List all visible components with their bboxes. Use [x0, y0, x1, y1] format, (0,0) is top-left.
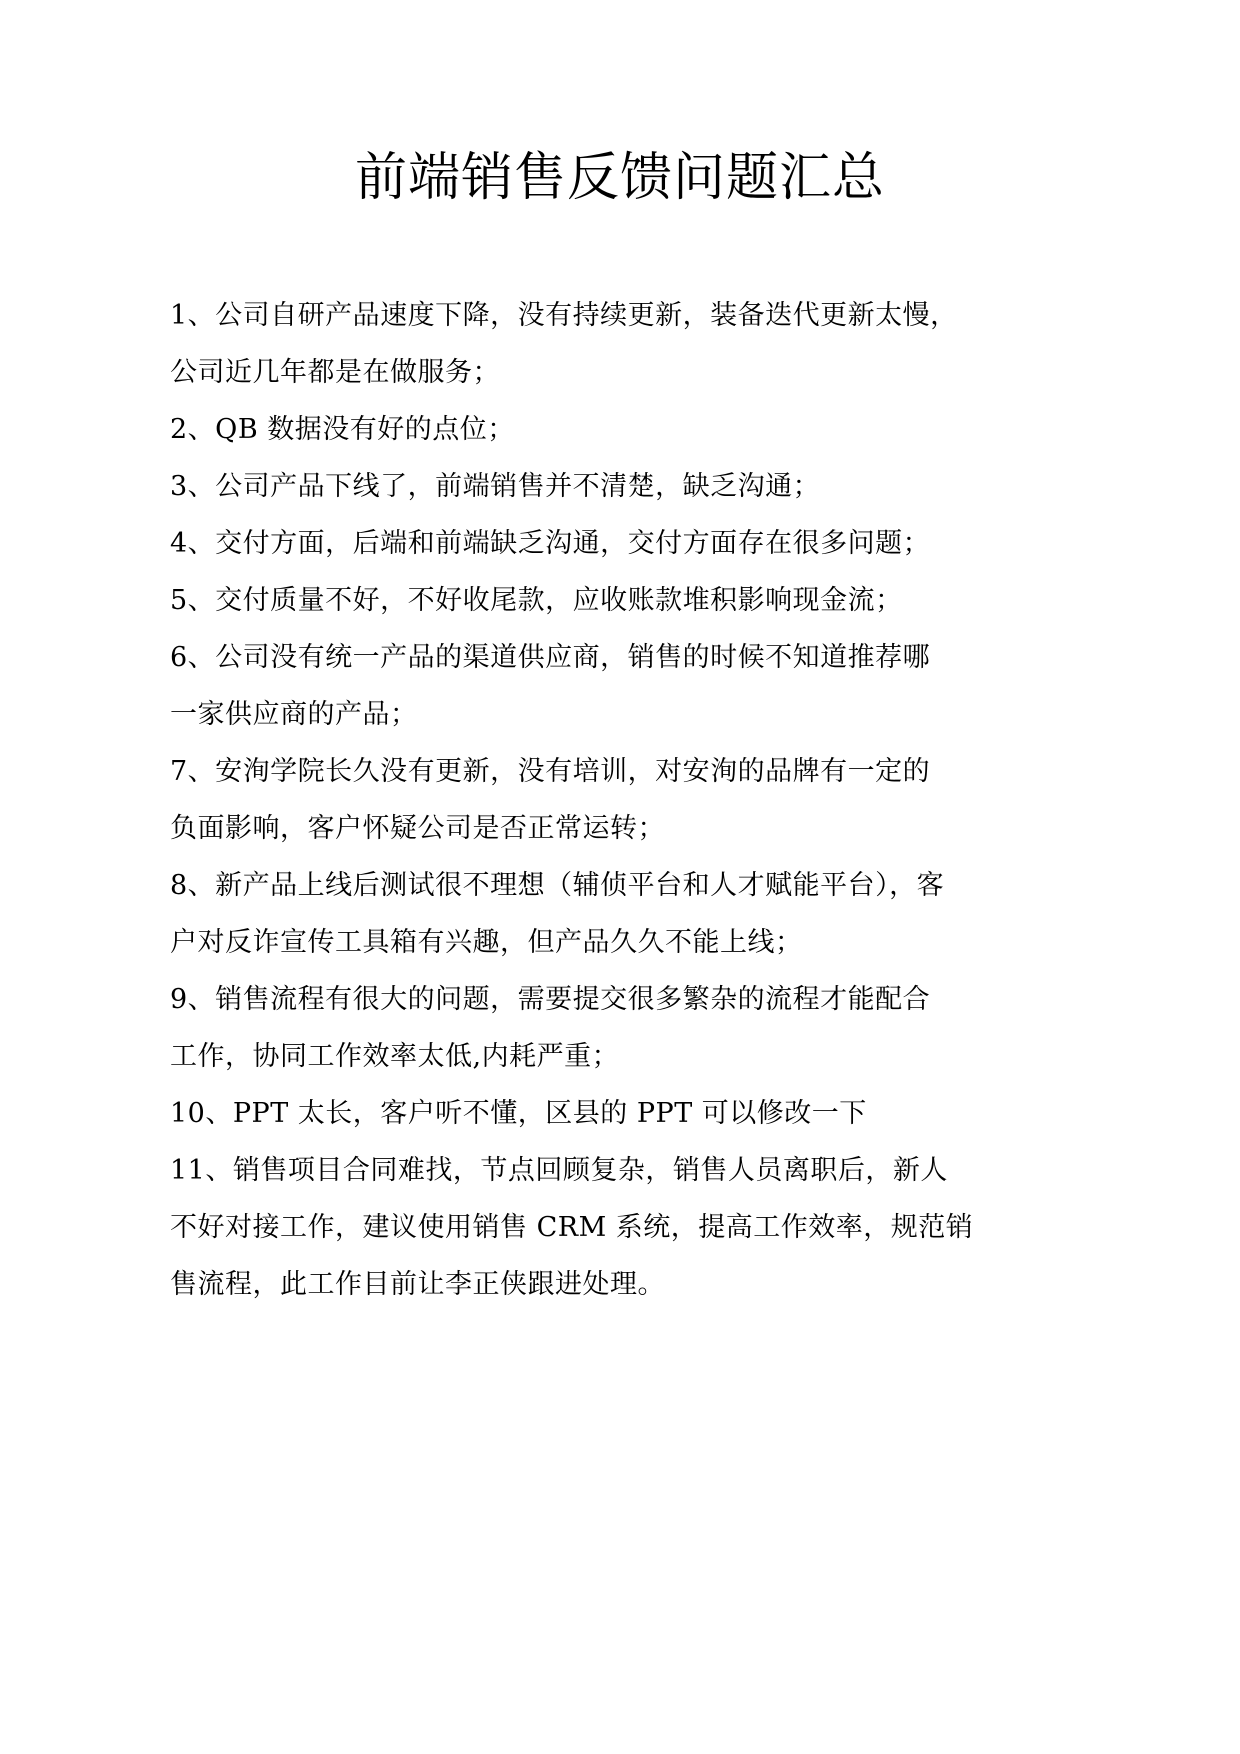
feedback-item-6: 6、公司没有统一产品的渠道供应商，销售的时候不知道推荐哪 一家供应商的产品； [170, 629, 970, 743]
item-line: 一家供应商的产品； [170, 686, 970, 743]
item-line: 11、销售项目合同难找，节点回顾复杂，销售人员离职后，新人 [170, 1142, 970, 1199]
feedback-item-8: 8、新产品上线后测试很不理想（辅侦平台和人才赋能平台），客 户对反诈宣传工具箱有… [170, 857, 970, 971]
item-line: 户对反诈宣传工具箱有兴趣，但产品久久不能上线； [170, 914, 970, 971]
item-line: 公司近几年都是在做服务； [170, 344, 970, 401]
item-line: 负面影响，客户怀疑公司是否正常运转； [170, 800, 970, 857]
feedback-item-9: 9、销售流程有很大的问题，需要提交很多繁杂的流程才能配合 工作，协同工作效率太低… [170, 971, 970, 1085]
feedback-item-2: 2、QB 数据没有好的点位； [170, 401, 970, 458]
feedback-item-1: 1、公司自研产品速度下降，没有持续更新，装备迭代更新太慢， 公司近几年都是在做服… [170, 287, 970, 401]
feedback-item-11: 11、销售项目合同难找，节点回顾复杂，销售人员离职后，新人 不好对接工作，建议使… [170, 1142, 970, 1313]
document-title: 前端销售反馈问题汇总 [0, 146, 1240, 210]
document-body: 1、公司自研产品速度下降，没有持续更新，装备迭代更新太慢， 公司近几年都是在做服… [170, 287, 970, 1313]
item-line: 4、交付方面，后端和前端缺乏沟通，交付方面存在很多问题； [170, 515, 970, 572]
feedback-item-3: 3、公司产品下线了，前端销售并不清楚，缺乏沟通； [170, 458, 970, 515]
item-line: 9、销售流程有很大的问题，需要提交很多繁杂的流程才能配合 [170, 971, 970, 1028]
feedback-item-5: 5、交付质量不好，不好收尾款，应收账款堆积影响现金流； [170, 572, 970, 629]
item-line: 5、交付质量不好，不好收尾款，应收账款堆积影响现金流； [170, 572, 970, 629]
item-line: 6、公司没有统一产品的渠道供应商，销售的时候不知道推荐哪 [170, 629, 970, 686]
feedback-item-7: 7、安洵学院长久没有更新，没有培训，对安洵的品牌有一定的 负面影响，客户怀疑公司… [170, 743, 970, 857]
item-line: 2、QB 数据没有好的点位； [170, 401, 970, 458]
item-line: 7、安洵学院长久没有更新，没有培训，对安洵的品牌有一定的 [170, 743, 970, 800]
feedback-item-10: 10、PPT 太长，客户听不懂，区县的 PPT 可以修改一下 [170, 1085, 970, 1142]
feedback-item-4: 4、交付方面，后端和前端缺乏沟通，交付方面存在很多问题； [170, 515, 970, 572]
document-page: 前端销售反馈问题汇总 1、公司自研产品速度下降，没有持续更新，装备迭代更新太慢，… [0, 0, 1240, 1754]
item-line: 售流程，此工作目前让李正侠跟进处理。 [170, 1256, 970, 1313]
item-line: 8、新产品上线后测试很不理想（辅侦平台和人才赋能平台），客 [170, 857, 970, 914]
item-line: 工作，协同工作效率太低,内耗严重； [170, 1028, 970, 1085]
item-line: 3、公司产品下线了，前端销售并不清楚，缺乏沟通； [170, 458, 970, 515]
item-line: 1、公司自研产品速度下降，没有持续更新，装备迭代更新太慢， [170, 287, 970, 344]
item-line: 10、PPT 太长，客户听不懂，区县的 PPT 可以修改一下 [170, 1085, 970, 1142]
item-line: 不好对接工作，建议使用销售 CRM 系统，提高工作效率，规范销 [170, 1199, 970, 1256]
